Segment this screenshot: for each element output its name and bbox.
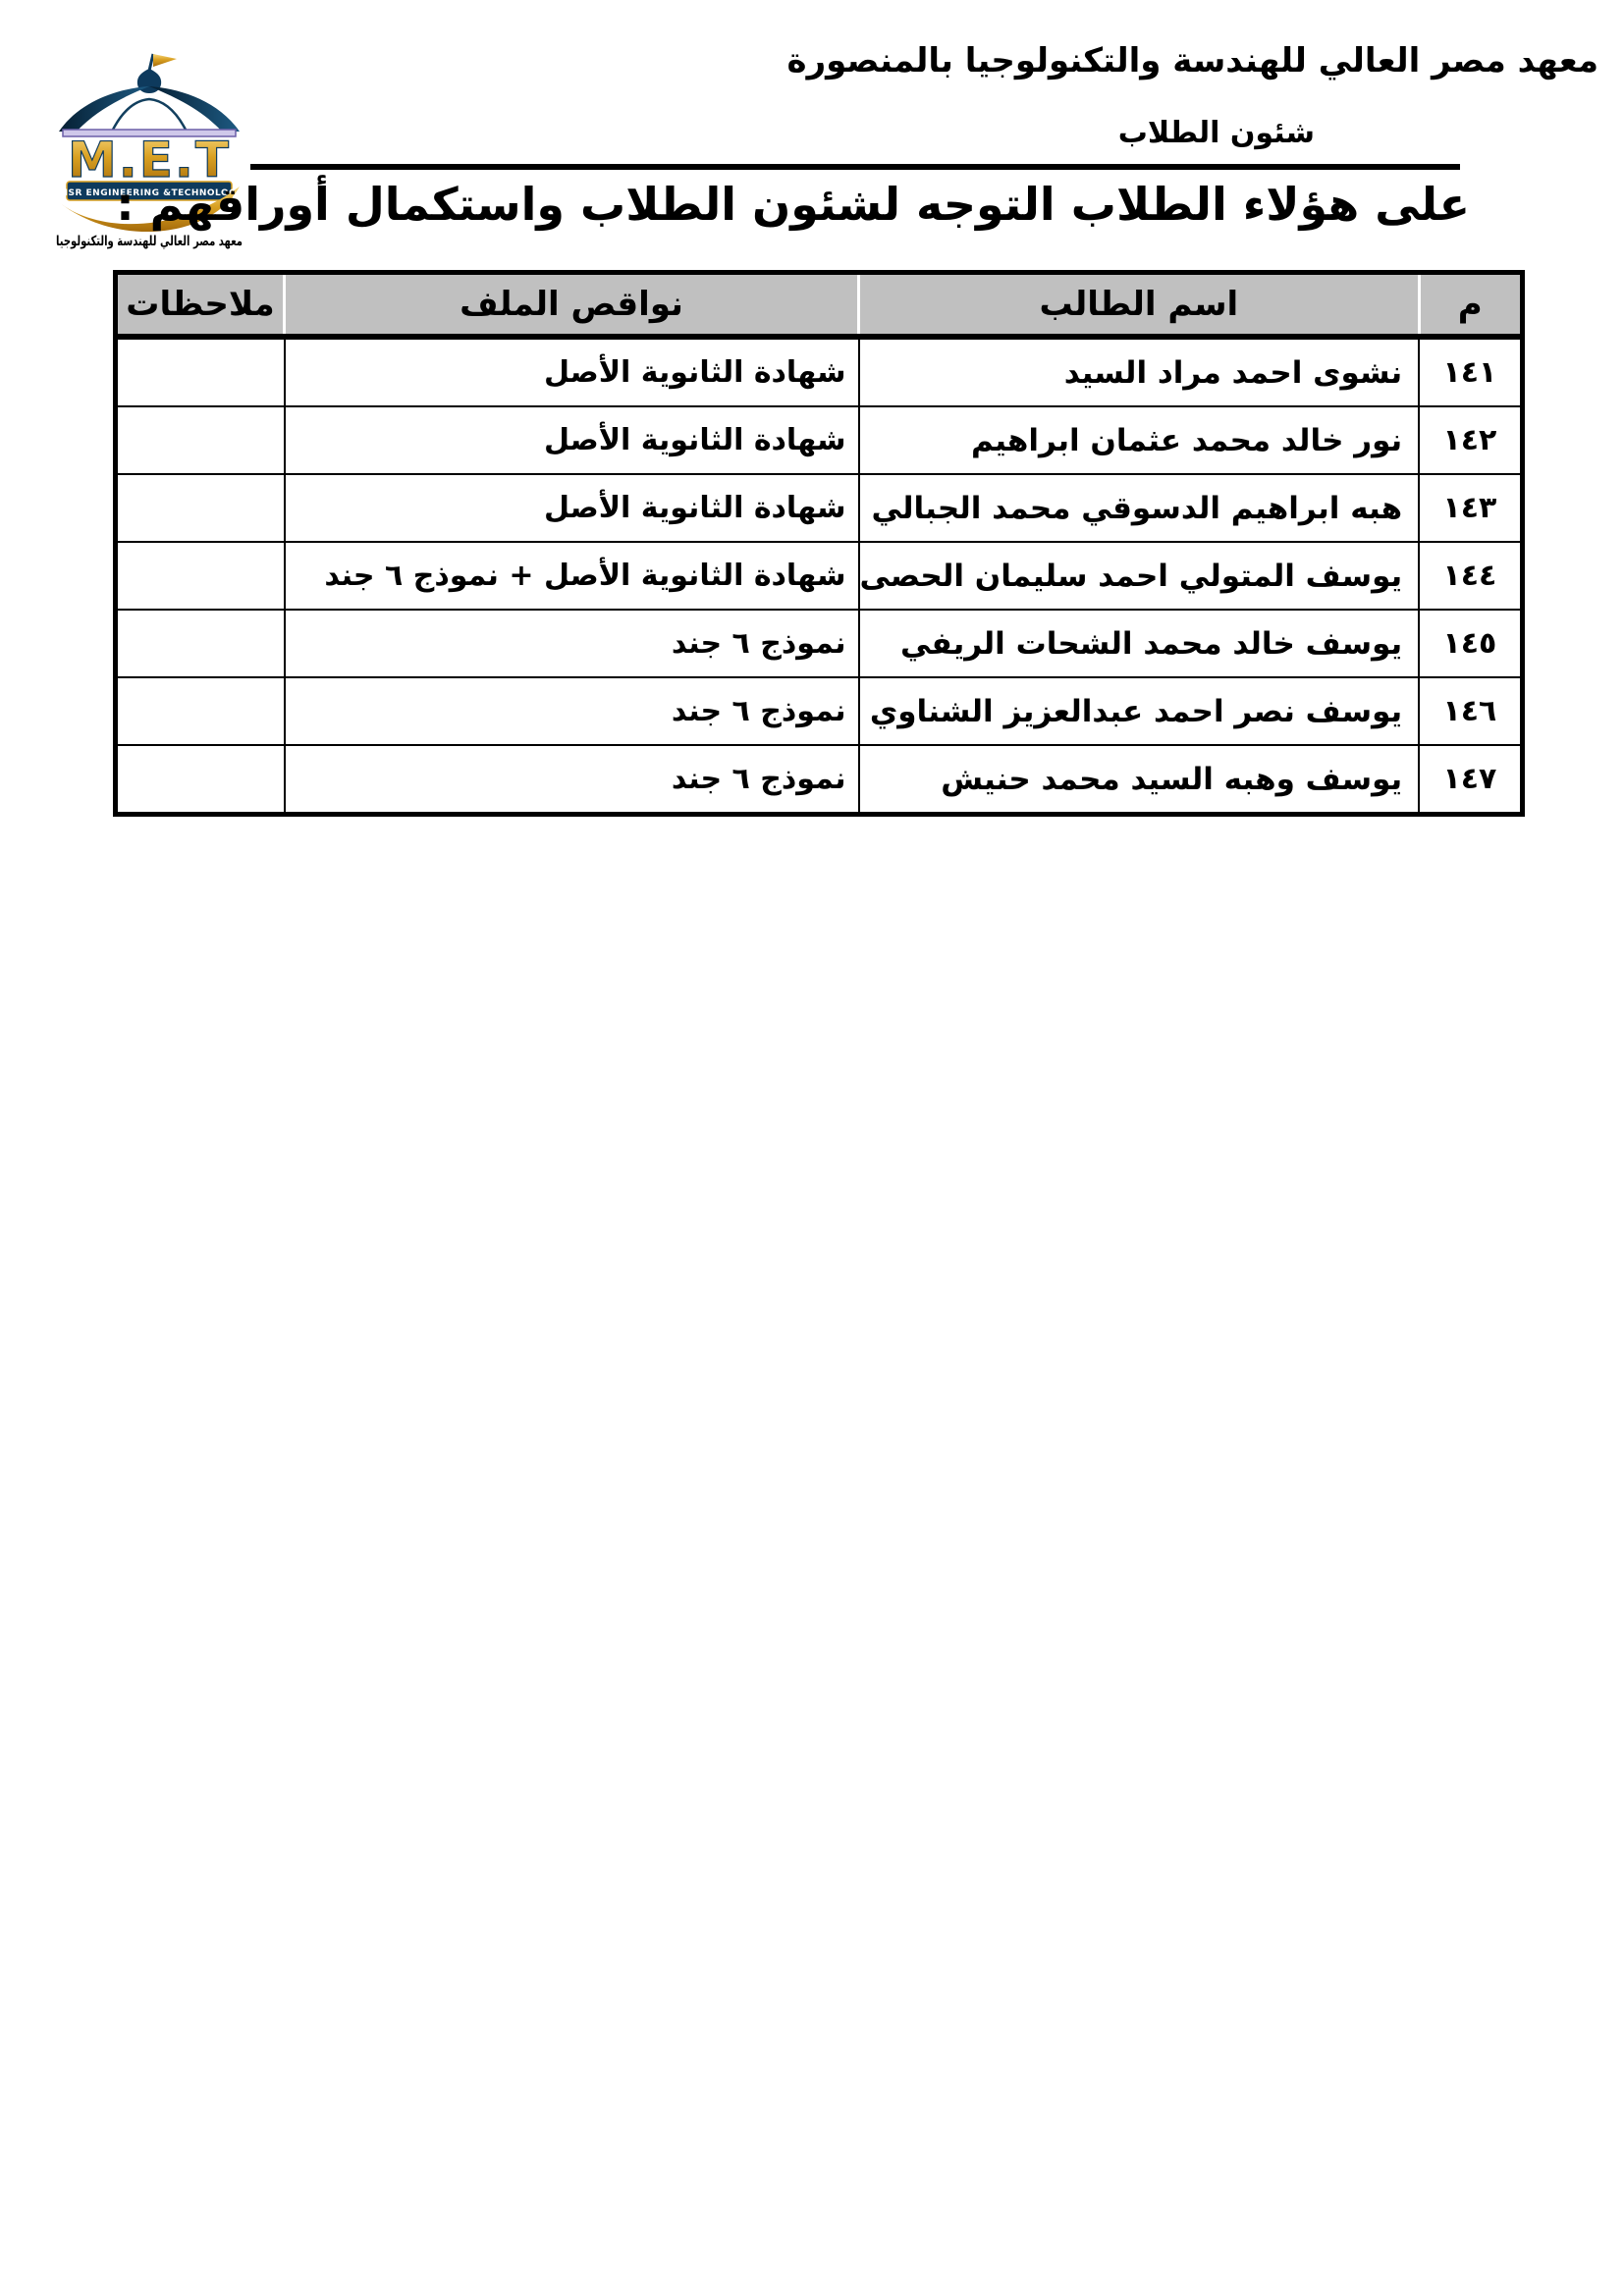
student-name-cell: يوسف خالد محمد الشحات الريفي	[859, 610, 1420, 677]
logo-arabic-name: معهد مصر العالي للهندسة والتكنولوجيا	[56, 234, 243, 249]
notes-cell	[116, 745, 285, 815]
table-row: ١٤٥ يوسف خالد محمد الشحات الريفي نموذج ٦…	[116, 610, 1523, 677]
students-table: م اسم الطالب نواقص الملف ملاحظات ١٤١ نشو…	[113, 270, 1525, 817]
page-title: على هؤلاء الطلاب التوجه لشئون الطلاب واس…	[292, 178, 1470, 231]
table-body: ١٤١ نشوى احمد مراد السيد شهادة الثانوية …	[116, 337, 1523, 815]
row-number-cell: ١٤٥	[1419, 610, 1522, 677]
row-number-cell: ١٤٧	[1419, 745, 1522, 815]
student-name-cell: يوسف نصر احمد عبدالعزيز الشناوي	[859, 677, 1420, 745]
notes-cell	[116, 542, 285, 610]
table-row: ١٤١ نشوى احمد مراد السيد شهادة الثانوية …	[116, 337, 1523, 406]
deficiency-cell: نموذج ٦ جند	[285, 677, 859, 745]
row-number-cell: ١٤٣	[1419, 474, 1522, 542]
notes-cell	[116, 406, 285, 474]
deficiency-cell: شهادة الثانوية الأصل	[285, 406, 859, 474]
table-row: ١٤٢ نور خالد محمد عثمان ابراهيم شهادة ال…	[116, 406, 1523, 474]
student-name-cell: نشوى احمد مراد السيد	[859, 337, 1420, 406]
notes-cell	[116, 474, 285, 542]
row-number-cell: ١٤٢	[1419, 406, 1522, 474]
table-row: ١٤٣ هبه ابراهيم الدسوقي محمد الجبالي شها…	[116, 474, 1523, 542]
institute-name: معهد مصر العالي للهندسة والتكنولوجيا بال…	[787, 41, 1599, 80]
table-row: ١٤٧ يوسف وهبه السيد محمد حنيش نموذج ٦ جن…	[116, 745, 1523, 815]
deficiency-cell: شهادة الثانوية الأصل + نموذج ٦ جند	[285, 542, 859, 610]
table-header-deficiencies: نواقص الملف	[285, 273, 859, 338]
logo-dome-icon	[59, 69, 240, 136]
student-name-cell: هبه ابراهيم الدسوقي محمد الجبالي	[859, 474, 1420, 542]
student-name-cell: يوسف المتولي احمد سليمان الحصى	[859, 542, 1420, 610]
notes-cell	[116, 610, 285, 677]
table-row: ١٤٤ يوسف المتولي احمد سليمان الحصى شهادة…	[116, 542, 1523, 610]
header-underline	[250, 164, 1460, 170]
notes-cell	[116, 677, 285, 745]
table-header-number: م	[1419, 273, 1522, 338]
row-number-cell: ١٤٦	[1419, 677, 1522, 745]
table-row: ١٤٦ يوسف نصر احمد عبدالعزيز الشناوي نموذ…	[116, 677, 1523, 745]
logo-flag-icon	[149, 54, 177, 71]
table-header-name: اسم الطالب	[859, 273, 1420, 338]
deficiency-cell: شهادة الثانوية الأصل	[285, 474, 859, 542]
student-name-cell: يوسف وهبه السيد محمد حنيش	[859, 745, 1420, 815]
document-page: M.E.T MISR ENGINEERING &TECHNOLOGY معهد …	[0, 0, 1624, 2296]
row-number-cell: ١٤١	[1419, 337, 1522, 406]
row-number-cell: ١٤٤	[1419, 542, 1522, 610]
student-name-cell: نور خالد محمد عثمان ابراهيم	[859, 406, 1420, 474]
table-header-row: م اسم الطالب نواقص الملف ملاحظات	[116, 273, 1523, 338]
department-name: شئون الطلاب	[1118, 116, 1315, 150]
table-header-notes: ملاحظات	[116, 273, 285, 338]
deficiency-cell: شهادة الثانوية الأصل	[285, 337, 859, 406]
notes-cell	[116, 337, 285, 406]
deficiency-cell: نموذج ٦ جند	[285, 610, 859, 677]
deficiency-cell: نموذج ٦ جند	[285, 745, 859, 815]
